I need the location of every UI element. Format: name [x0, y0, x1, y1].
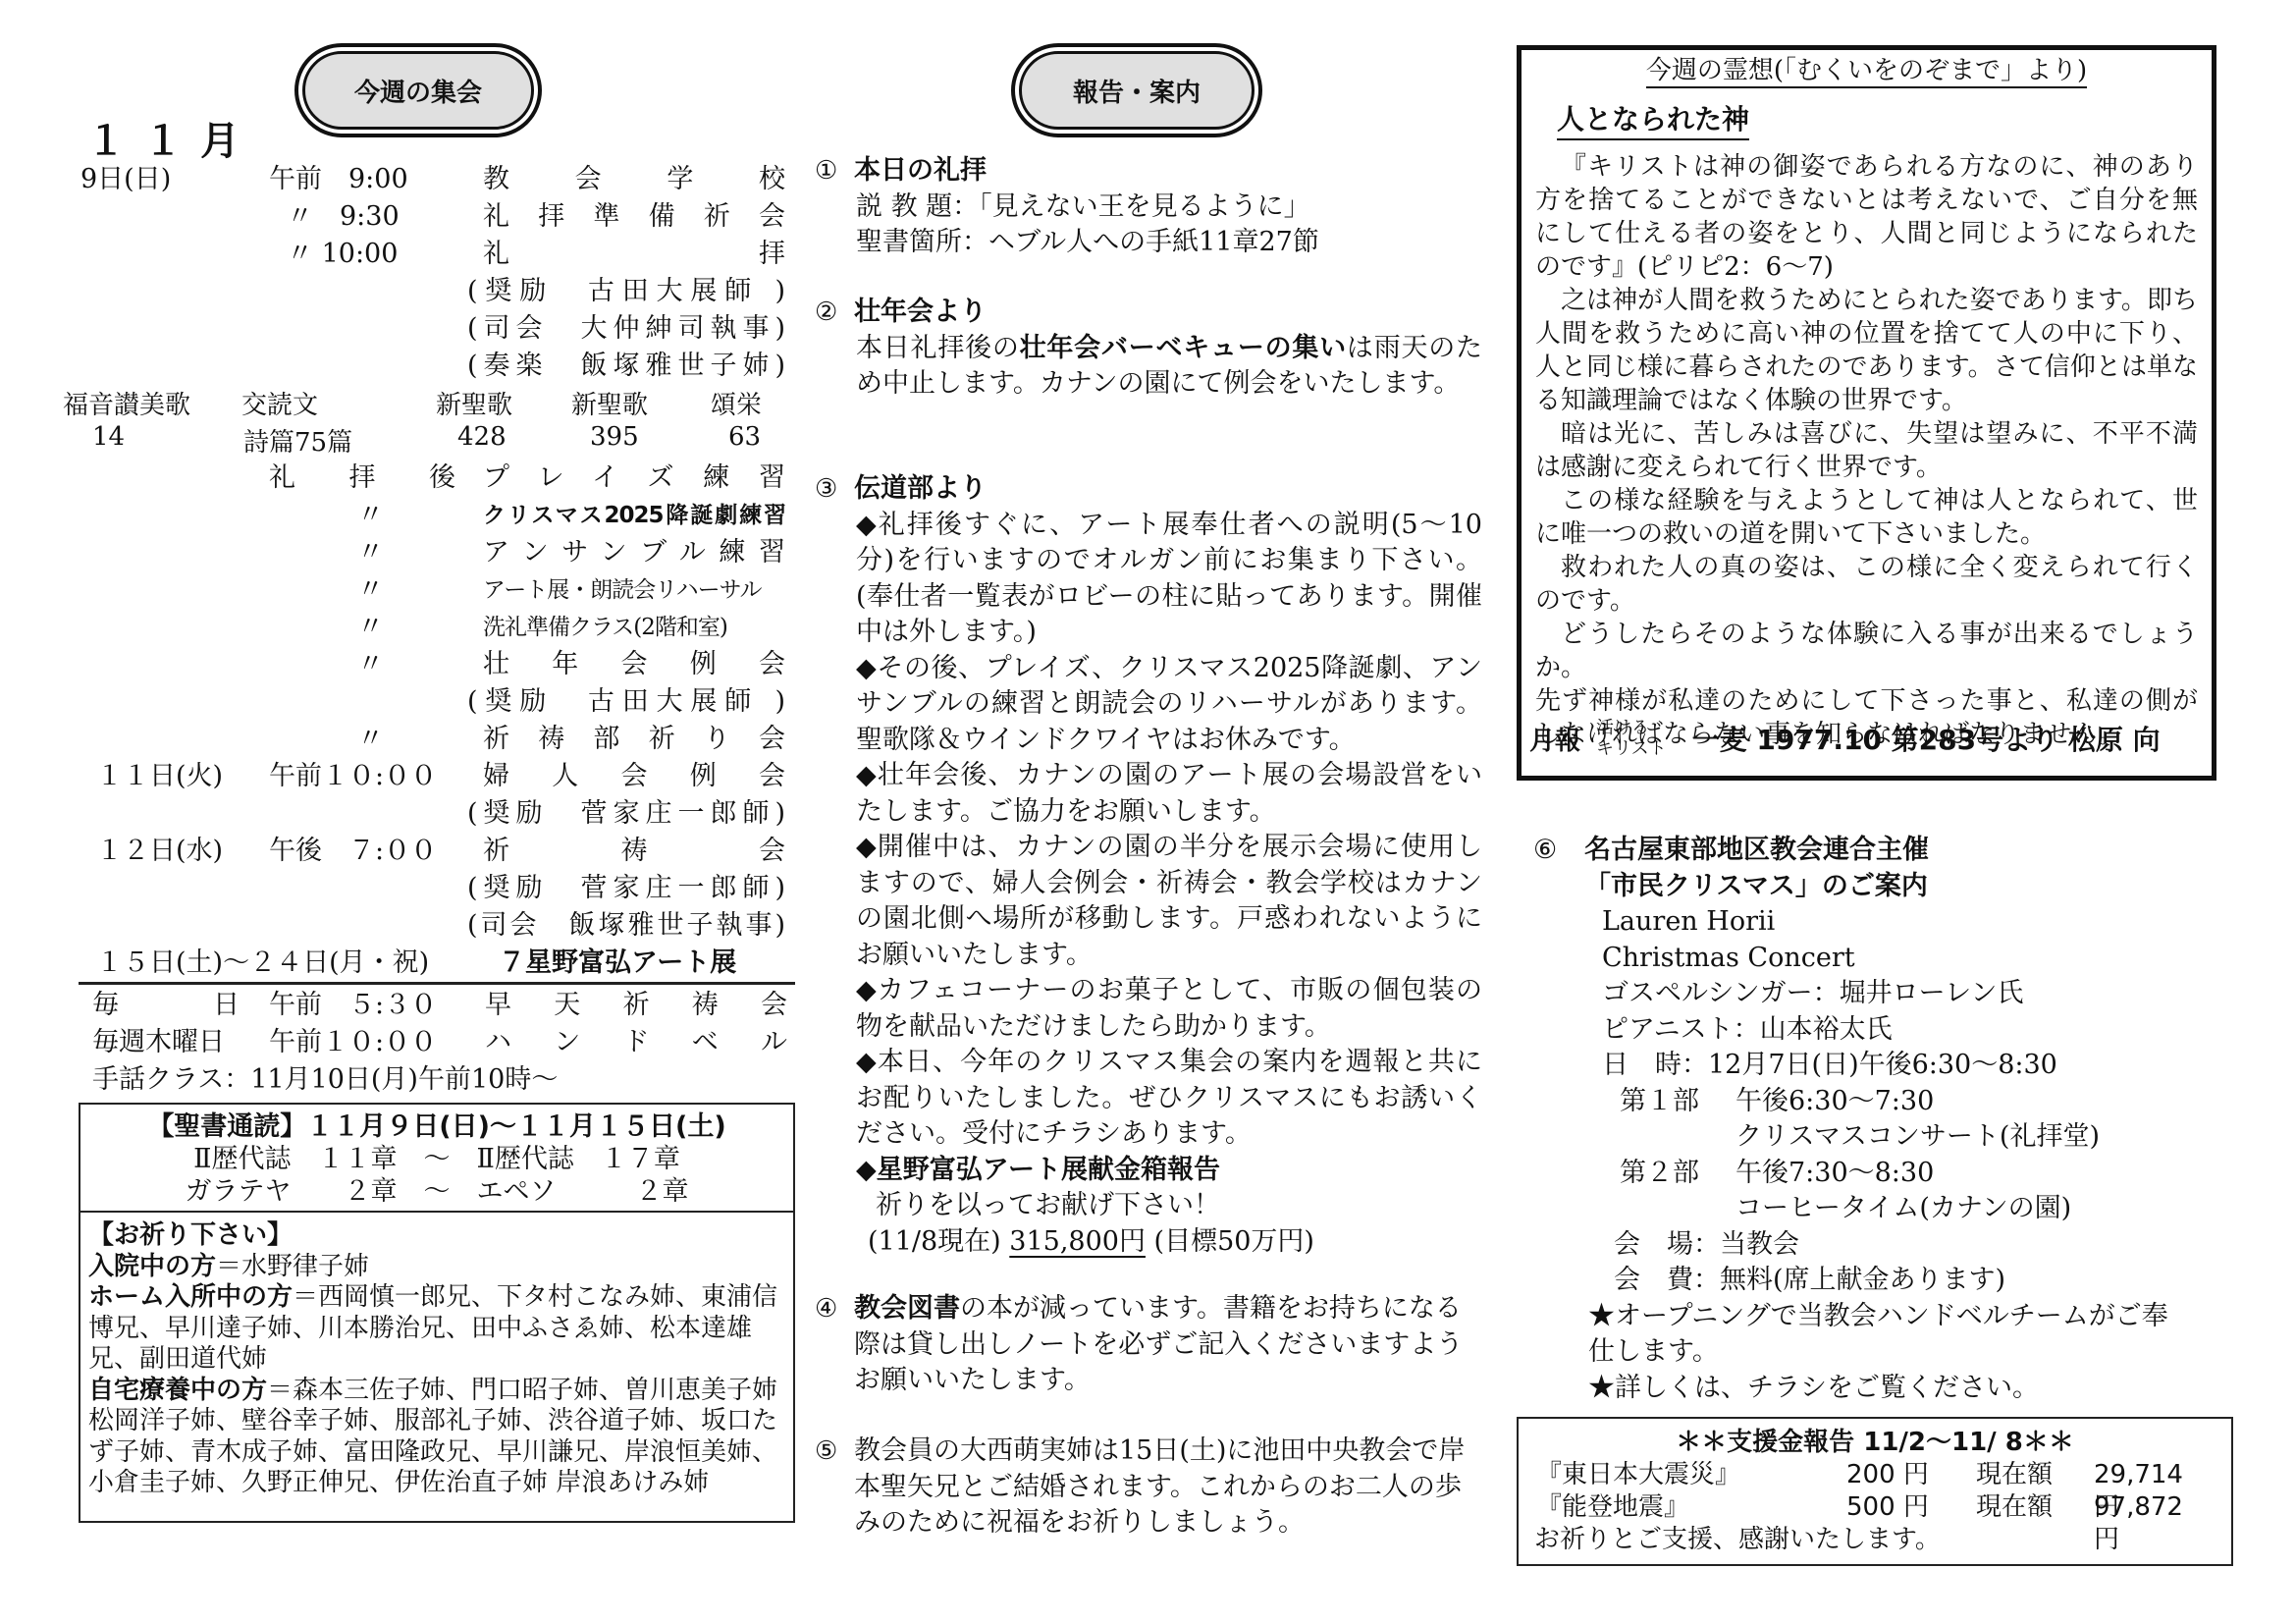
- section-header-this-week: 今週の集会: [294, 43, 542, 137]
- donation-goal: (目標50万円): [1154, 1226, 1314, 1257]
- schedule-activity: プレイズ練習: [483, 460, 785, 497]
- source-citation: 一麦 1977.10 第283号より 松原 向: [1692, 719, 2161, 758]
- hymn-number: 395: [590, 422, 639, 452]
- schedule-time: 〃 9:30: [287, 198, 400, 236]
- gospel-singer: ゴスペルシンガー：堀井ローレン氏: [1531, 976, 2218, 1012]
- christmas-event-announcement: ⑥名古屋東部地区教会連合主催 「市民クリスマス」のご案内 Lauren Hori…: [1531, 833, 2218, 1406]
- section-text: 本日礼拝後の壮年会バーベキューの集いは雨天のため中止します。カナンの園にて例会を…: [815, 331, 1482, 403]
- relief-fund-row: 『東日本大震災』 200 円 現在額 29,714 円: [1534, 1459, 2216, 1491]
- schedule-activity: アンサンブル練習: [483, 534, 785, 571]
- schedule-time: 礼 拝 後: [269, 460, 455, 497]
- section-text: 教会員の大西萌実姉は15日(土)に池田中央教会で岸本聖矢兄とご結婚されます。これ…: [854, 1434, 1482, 1542]
- section-title: 本日の礼拝: [854, 153, 987, 189]
- fund-name: 『東日本大震災』: [1536, 1459, 1740, 1491]
- schedule-presider: (司会 飯塚雅世子執事): [467, 907, 785, 945]
- event-datetime: 日 時：12月7日(日)午後6:30～8:30: [1531, 1048, 2218, 1084]
- announcement-item: ◆本日、今年のクリスマス集会の案内を週報と共にお配りいたしました。ぜひクリスマス…: [815, 1045, 1482, 1153]
- section-number: ①: [815, 153, 854, 189]
- devotional-source: 月報 活けるキリスト 一麦 1977.10 第283号より 松原 向: [1529, 709, 2204, 768]
- pianist: ピアニスト：山本裕太氏: [1531, 1012, 2218, 1049]
- prayer-group: 自宅療養中の方＝森本三佐子姉、門口昭子姉、曽川恵美子姉 松岡洋子姉、壁谷幸子姉、…: [88, 1376, 785, 1499]
- schedule-time: 午前 9:00: [269, 161, 408, 198]
- event-organizer: 名古屋東部地区教会連合主催: [1584, 833, 1929, 869]
- devotional-paragraph: 之は神が人間を救うためにとられた姿であります。即ち人間を救うために高い神の位置を…: [1535, 284, 2198, 417]
- devotional-paragraph: 『キリストは神の御姿であられる方なのに、神のあり方を捨てることができないとは考え…: [1535, 150, 2198, 284]
- schedule-activity: 祈祷部祈り会: [483, 721, 785, 758]
- devotional-body: 『キリストは神の御姿であられる方なのに、神のあり方を捨てることができないとは考え…: [1535, 150, 2198, 751]
- prayer-title: 【お祈り下さい】: [88, 1220, 785, 1252]
- ditto-mark: 〃: [357, 497, 384, 534]
- schedule-activity: 祈祷会: [483, 833, 785, 870]
- ditto-mark: 〃: [357, 646, 384, 683]
- schedule-speaker: (奨励 古田大展師 ): [467, 273, 785, 310]
- part-description: クリスマスコンサート(礼拝堂): [1531, 1119, 2218, 1156]
- section-library: ④教会図書の本が減っています。書籍をお持ちになる際は貸し出しノートを必ずご記入く…: [815, 1291, 1482, 1399]
- section-wedding: ⑤教会員の大西萌実姉は15日(土)に池田中央教会で岸本聖矢兄とご結婚されます。こ…: [815, 1434, 1482, 1542]
- section-number: ⑤: [815, 1434, 854, 1542]
- schedule-date: 9日(日): [80, 161, 171, 198]
- magazine-name-line: キリスト: [1596, 738, 1667, 759]
- section-header-label: 今週の集会: [302, 51, 534, 130]
- ditto-mark: 〃: [357, 721, 384, 758]
- section-title: 伝道部より: [854, 471, 987, 508]
- schedule-speaker: (奨励 菅家庄一郎師): [467, 870, 785, 907]
- devotional-paragraph: 救われた人の真の姿は、この様に全く変えられて行くのです。: [1535, 551, 2198, 618]
- section-title: 教会図書: [854, 1293, 960, 1324]
- schedule-speaker: (奨励 古田大展師 ): [467, 683, 785, 721]
- performer-name: Lauren Horii: [1531, 904, 2218, 941]
- section-number: ③: [815, 471, 854, 508]
- ditto-mark: 〃: [357, 534, 384, 571]
- announcement-item: ◆壮年会後、カナンの園のアート展の会場設営をいたします。ご協力をお願いします。: [815, 758, 1482, 830]
- schedule-row: １１日(火) 午前１０:００ 婦人会例会: [96, 758, 787, 795]
- section-mens-group: ②壮年会より 本日礼拝後の壮年会バーベキューの集いは雨天のため中止します。カナン…: [815, 295, 1482, 403]
- magazine-name-line: 活ける: [1596, 718, 1649, 738]
- schedule-activity: ハンドベル: [485, 1024, 787, 1061]
- hymn-header: 福音讃美歌: [63, 385, 190, 421]
- devotional-paragraph: この様な経験を与えようとして神は人となられて、世に唯一つの救いの道を開いて下さい…: [1535, 484, 2198, 551]
- source-label: 月報: [1529, 721, 1580, 757]
- weekday-schedule: １１日(火) 午前１０:００ 婦人会例会 (奨励 菅家庄一郎師) １２日(水) …: [96, 758, 787, 982]
- bible-reading-title: 【聖書通読】１１月９日(日)～１１月１５日(土): [80, 1110, 793, 1143]
- donation-date: (11/8現在): [868, 1226, 1001, 1257]
- prayer-group: ホーム入所中の方＝西岡慎一郎兄、下タ村こなみ姉、東浦信博兄、早川達子姉、川本勝治…: [88, 1282, 785, 1376]
- fund-weekly-amount: 200 円: [1846, 1459, 1929, 1491]
- event-part-2: 第２部午後7:30～8:30: [1531, 1156, 2218, 1192]
- announcement-item: ◆その後、プレイズ、クリスマス2025降誕劇、アンサンブルの練習と朗読会のリハー…: [815, 651, 1482, 759]
- schedule-row: 〃 10:00 礼拝: [80, 236, 787, 273]
- part-time: 午後7:30～8:30: [1735, 1156, 1934, 1192]
- art-show-title: ７星野富弘アート展: [499, 945, 736, 982]
- schedule-time: 午前１０:００: [269, 758, 437, 795]
- schedule-row: １２日(水) 午後 ７:００ 祈祷会: [96, 833, 787, 870]
- section-header-label: 報告・案内: [1019, 51, 1255, 130]
- hymn-header: 新聖歌: [571, 385, 648, 421]
- hymn-values: 14 詩篇75篇 428 395 63: [63, 422, 789, 460]
- responsive-reading: 詩篇75篇: [243, 422, 352, 459]
- hymn-number: 63: [728, 422, 761, 452]
- hymn-headers: 福音讃美歌 交読文 新聖歌 新聖歌 頌栄: [63, 385, 789, 422]
- schedule-date: １１日(火): [96, 758, 223, 795]
- bible-reading-line: Ⅱ歴代誌 １１章 ～ Ⅱ歴代誌 １７章: [80, 1143, 793, 1175]
- schedule-row: 礼 拝 後 プレイズ練習: [80, 460, 787, 497]
- relief-fund-row: 『能登地震』 500 円 現在額 97,872 円: [1534, 1491, 2216, 1524]
- donation-box-title: ◆星野富弘アート展献金箱報告: [815, 1153, 1482, 1189]
- schedule-subrow: (奨励 古田大展師 ): [80, 683, 787, 721]
- schedule-activity: 早天祈祷会: [485, 987, 787, 1024]
- schedule-time: 午前 ５:３０: [269, 987, 437, 1024]
- schedule-time: 午後 ７:００: [269, 833, 437, 870]
- relief-fund-report-box: ＊＊支援金報告 11/2～11/ 8＊＊ 『東日本大震災』 200 円 現在額 …: [1517, 1417, 2233, 1566]
- section-title: 壮年会より: [854, 295, 987, 331]
- sign-language-row: 手話クラス：11月10日(月)午前10時～: [92, 1061, 789, 1099]
- schedule-date: １２日(水): [96, 833, 223, 870]
- schedule-row: 毎週木曜日 午前１０:００ ハンドベル: [92, 1024, 789, 1061]
- schedule-activity: 教会学校: [483, 161, 785, 198]
- divider: [79, 982, 795, 985]
- sunday-schedule: 9日(日) 午前 9:00 教会学校 〃 9:30 礼拝準備祈会 〃 10:00…: [80, 161, 787, 385]
- devotional-heading-text: 今週の霊想(「むくいをのぞまで」より): [1646, 56, 2087, 88]
- schedule-activity: 礼拝準備祈会: [483, 198, 785, 236]
- schedule-activity: 婦人会例会: [483, 758, 785, 795]
- schedule-activity: 壮年会例会: [483, 646, 785, 683]
- sign-language-class: 手話クラス：11月10日(月)午前10時～: [92, 1061, 558, 1099]
- schedule-row: 〃 洗礼準備クラス(2階和室): [80, 609, 787, 646]
- art-show-dates: １５日(土)～２４日(月・祝): [96, 945, 429, 982]
- donation-amount: 315,800円: [1009, 1226, 1146, 1257]
- schedule-activity: クリスマス2025降誕劇練習: [483, 497, 785, 534]
- schedule-time: 午前１０:００: [269, 1024, 437, 1061]
- announcement-item: ◆礼拝後すぐに、アート展奉仕者への説明(5～10 分)を行いますのでオルガン前に…: [815, 508, 1482, 651]
- hymn-table: 福音讃美歌 交読文 新聖歌 新聖歌 頌栄 14 詩篇75篇 428 395 63: [63, 385, 789, 460]
- prayer-group: 入院中の方＝水野律子姉: [88, 1252, 785, 1283]
- section-worship: ①本日の礼拝 説 教 題：「見えない王を見るように」 聖書箇所：ヘブル人への手紙…: [815, 153, 1482, 261]
- prayer-group-label: 自宅療養中の方: [88, 1376, 267, 1405]
- schedule-subrow: (司会 飯塚雅世子執事): [96, 907, 787, 945]
- section-number: ⑥: [1531, 833, 1584, 869]
- concert-title: Christmas Concert: [1531, 941, 2218, 977]
- sermon-title: 説 教 題：「見えない王を見るように」: [815, 189, 1482, 226]
- ditto-mark: 〃: [357, 571, 384, 609]
- schedule-speaker: (奨励 菅家庄一郎師): [467, 795, 785, 833]
- relief-fund-title: ＊＊支援金報告 11/2～11/ 8＊＊: [1534, 1427, 2216, 1459]
- part-description: コーヒータイム(カナンの園): [1531, 1191, 2218, 1227]
- schedule-row: 〃 クリスマス2025降誕劇練習: [80, 497, 787, 534]
- prayer-names: ＝水野律子姉: [216, 1252, 369, 1281]
- schedule-subrow: (奨励 菅家庄一郎師): [96, 870, 787, 907]
- schedule-activity: 礼拝: [483, 236, 785, 273]
- part-time: 午後6:30～7:30: [1735, 1084, 1934, 1120]
- schedule-date: 毎 日: [92, 987, 240, 1024]
- section-header-reports: 報告・案内: [1011, 43, 1262, 137]
- schedule-activity: アート展・朗読会リハーサル: [483, 571, 785, 609]
- section-number: ④: [815, 1291, 854, 1399]
- schedule-row: 〃 祈祷部祈り会: [80, 721, 787, 758]
- schedule-activity: 洗礼準備クラス(2階和室): [483, 609, 785, 646]
- event-note: ★オープニングで当教会ハンドベルチームがご奉仕します。: [1531, 1299, 2218, 1371]
- schedule-date: 毎週木曜日: [92, 1024, 225, 1061]
- event-note: ★詳しくは、チラシをご覧ください。: [1531, 1371, 2218, 1407]
- devotional-paragraph: 暗は光に、苦しみは喜びに、失望は望みに、不平不満は感謝に変えられて行く世界です。: [1535, 417, 2198, 484]
- schedule-subrow: (司会 大仲紳司執事): [80, 310, 787, 348]
- donation-amount-line: (11/8現在) 315,800円 (目標50万円): [815, 1224, 1482, 1261]
- bible-reading-box: 【聖書通読】１１月９日(日)～１１月１５日(土) Ⅱ歴代誌 １１章 ～ Ⅱ歴代誌…: [79, 1103, 795, 1213]
- devotional-box: 今週の霊想(「むくいをのぞまで」より) 人となられた神 『キリストは神の御姿であ…: [1517, 45, 2216, 781]
- prayer-group-label: 入院中の方: [88, 1252, 216, 1281]
- fund-total-amount: 97,872 円: [2094, 1491, 2216, 1556]
- event-title: 「市民クリスマス」のご案内: [1531, 869, 2218, 905]
- prayer-group-label: ホーム入所中の方: [88, 1282, 293, 1312]
- announcement-item: ◆開催中は、カナンの園の半分を展示会場に使用しますので、婦人会例会・祈祷会・教会…: [815, 830, 1482, 973]
- devotional-heading: 今週の霊想(「むくいをのぞまで」より): [1535, 54, 2198, 87]
- regular-schedule: 毎 日 午前 ５:３０ 早天祈祷会 毎週木曜日 午前１０:００ ハンドベル 手話…: [92, 987, 789, 1099]
- schedule-row: 〃 アンサンブル練習: [80, 534, 787, 571]
- magazine-name: 活けるキリスト: [1596, 718, 1667, 759]
- art-show-row: １５日(土)～２４日(月・祝) ７星野富弘アート展: [96, 945, 787, 982]
- scripture-reference: 聖書箇所：ヘブル人への手紙11章27節: [815, 225, 1482, 261]
- fund-name: 『能登地震』: [1536, 1491, 1689, 1524]
- hymn-number: 428: [457, 422, 507, 452]
- hymn-header: 頌栄: [711, 385, 762, 421]
- schedule-row: 毎 日 午前 ５:３０ 早天祈祷会: [92, 987, 789, 1024]
- ditto-mark: 〃: [357, 609, 384, 646]
- bible-reading-line: ガラテヤ ２章 ～ エペソ ２章: [80, 1175, 793, 1208]
- fund-total-label: 現在額: [1976, 1459, 2053, 1491]
- prayer-request-box: 【お祈り下さい】 入院中の方＝水野律子姉 ホーム入所中の方＝西岡慎一郎兄、下タ村…: [79, 1211, 795, 1523]
- month-heading: １１月: [86, 110, 257, 166]
- schedule-row: 〃 アート展・朗読会リハーサル: [80, 571, 787, 609]
- schedule-subrow: (奨励 菅家庄一郎師): [96, 795, 787, 833]
- section-number: ②: [815, 295, 854, 331]
- after-worship-schedule: 礼 拝 後 プレイズ練習 〃 クリスマス2025降誕劇練習 〃 アンサンブル練習…: [80, 460, 787, 758]
- event-venue: 会 場：当教会: [1531, 1227, 2218, 1264]
- schedule-presider: (司会 大仲紳司執事): [467, 310, 785, 348]
- hymn-header: 交読文: [241, 385, 318, 421]
- schedule-subrow: (奨励 古田大展師 ): [80, 273, 787, 310]
- devotional-title: 人となられた神: [1557, 101, 1749, 140]
- section-evangelism: ③伝道部より ◆礼拝後すぐに、アート展奉仕者への説明(5～10 分)を行いますの…: [815, 471, 1482, 1260]
- devotional-paragraph: どうしたらそのような体験に入る事が出来るでしょうか。: [1535, 618, 2198, 684]
- event-fee: 会 費：無料(席上献金あります): [1531, 1263, 2218, 1299]
- hymn-header: 新聖歌: [436, 385, 512, 421]
- schedule-time: 〃 10:00: [287, 236, 398, 273]
- text: 本日礼拝後の: [856, 333, 1020, 363]
- part-label: 第２部: [1620, 1156, 1735, 1192]
- schedule-row: 〃 壮年会例会: [80, 646, 787, 683]
- hymn-number: 14: [92, 422, 125, 452]
- donation-note: 祈りを以ってお献げ下さい！: [815, 1188, 1482, 1224]
- fund-total-label: 現在額: [1976, 1491, 2053, 1524]
- schedule-row: 9日(日) 午前 9:00 教会学校: [80, 161, 787, 198]
- schedule-subrow: (奏楽 飯塚雅世子姉): [80, 348, 787, 385]
- fund-weekly-amount: 500 円: [1846, 1491, 1929, 1524]
- announcement-item: ◆カフェコーナーのお菓子として、市販の個包装の物を献品いただけましたら助かります…: [815, 973, 1482, 1045]
- bbq-event: 壮年会バーベキューの集い: [1020, 333, 1347, 363]
- event-part-1: 第１部午後6:30～7:30: [1531, 1084, 2218, 1120]
- schedule-organist: (奏楽 飯塚雅世子姉): [467, 348, 785, 385]
- part-label: 第１部: [1620, 1084, 1735, 1120]
- schedule-row: 〃 9:30 礼拝準備祈会: [80, 198, 787, 236]
